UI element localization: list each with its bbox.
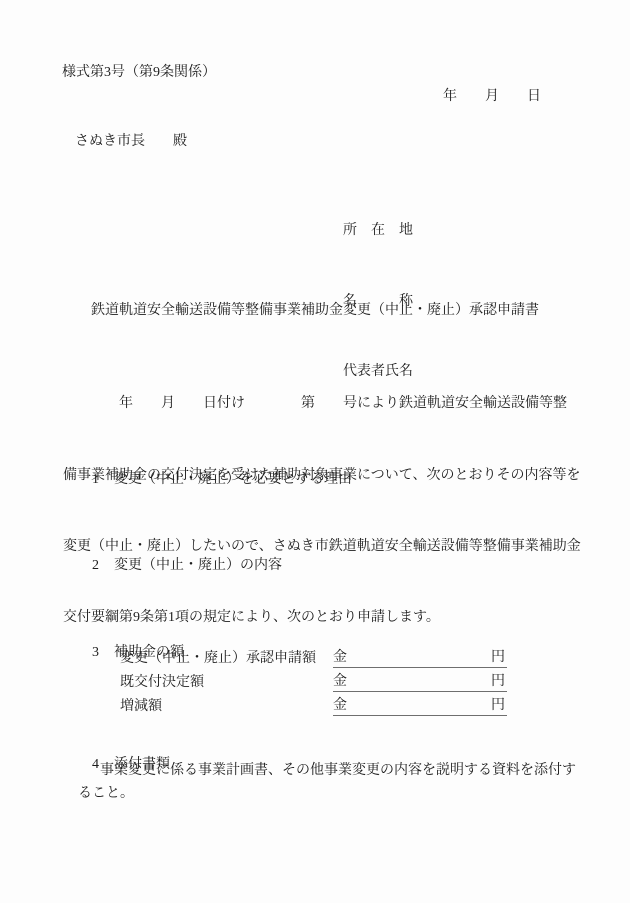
applicant-location-label: 所 在 地 [343,219,413,243]
amount-suffix-yen: 円 [491,697,505,714]
addressee-line: さぬき市長 殿 [75,133,187,150]
date-line: 年 月 日 [443,88,541,105]
document-title: 鉄道軌道安全輸送設備等整備事業補助金変更（中止・廃止）承認申請書 [0,302,630,319]
amount-row-granted-decision: 既交付決定額 金 円 [0,674,630,694]
section-2-title: 変更（中止・廃止）の内容 [114,558,282,573]
document-page: 様式第3号（第9条関係） 年 月 日 さぬき市長 殿 所 在 地 名 称 代表者… [0,0,630,903]
section-1-title: 変更（中止・廃止）を必要とする理由 [114,472,352,487]
amount-suffix-yen: 円 [491,673,505,690]
section-1-number: 1 [92,471,114,488]
section-1-heading: 1変更（中止・廃止）を必要とする理由 [78,454,352,505]
amount-field-granted-decision: 金 円 [333,673,507,692]
body-line: 年 月 日付け 第 号により鉄道軌道安全輸送設備等整 [63,392,581,416]
amount-field-change-approval: 金 円 [333,649,507,668]
body-line: 交付要綱第9条第1項の規定により、次のとおり申請します。 [63,606,581,630]
amount-row-change-approval: 変更（中止・廃止）承認申請額 金 円 [0,650,630,670]
attachment-note-line: 事業変更に係る事業計画書、その他事業変更の内容を説明する資料を添付す [100,762,576,779]
amount-field-increase-decrease: 金 円 [333,697,507,716]
amount-prefix-yen-kanji: 金 [333,673,347,690]
amount-label-increase-decrease: 増減額 [120,698,162,715]
section-2-heading: 2変更（中止・廃止）の内容 [78,540,282,591]
amount-suffix-yen: 円 [491,649,505,666]
amount-prefix-yen-kanji: 金 [333,697,347,714]
amount-label-change-approval: 変更（中止・廃止）承認申請額 [120,650,316,667]
attachment-note-line: ること。 [78,785,134,802]
amount-prefix-yen-kanji: 金 [333,649,347,666]
amount-label-granted-decision: 既交付決定額 [120,674,204,691]
form-number: 様式第3号（第9条関係） [62,64,216,81]
amount-row-increase-decrease: 増減額 金 円 [0,698,630,718]
section-2-number: 2 [92,557,114,574]
